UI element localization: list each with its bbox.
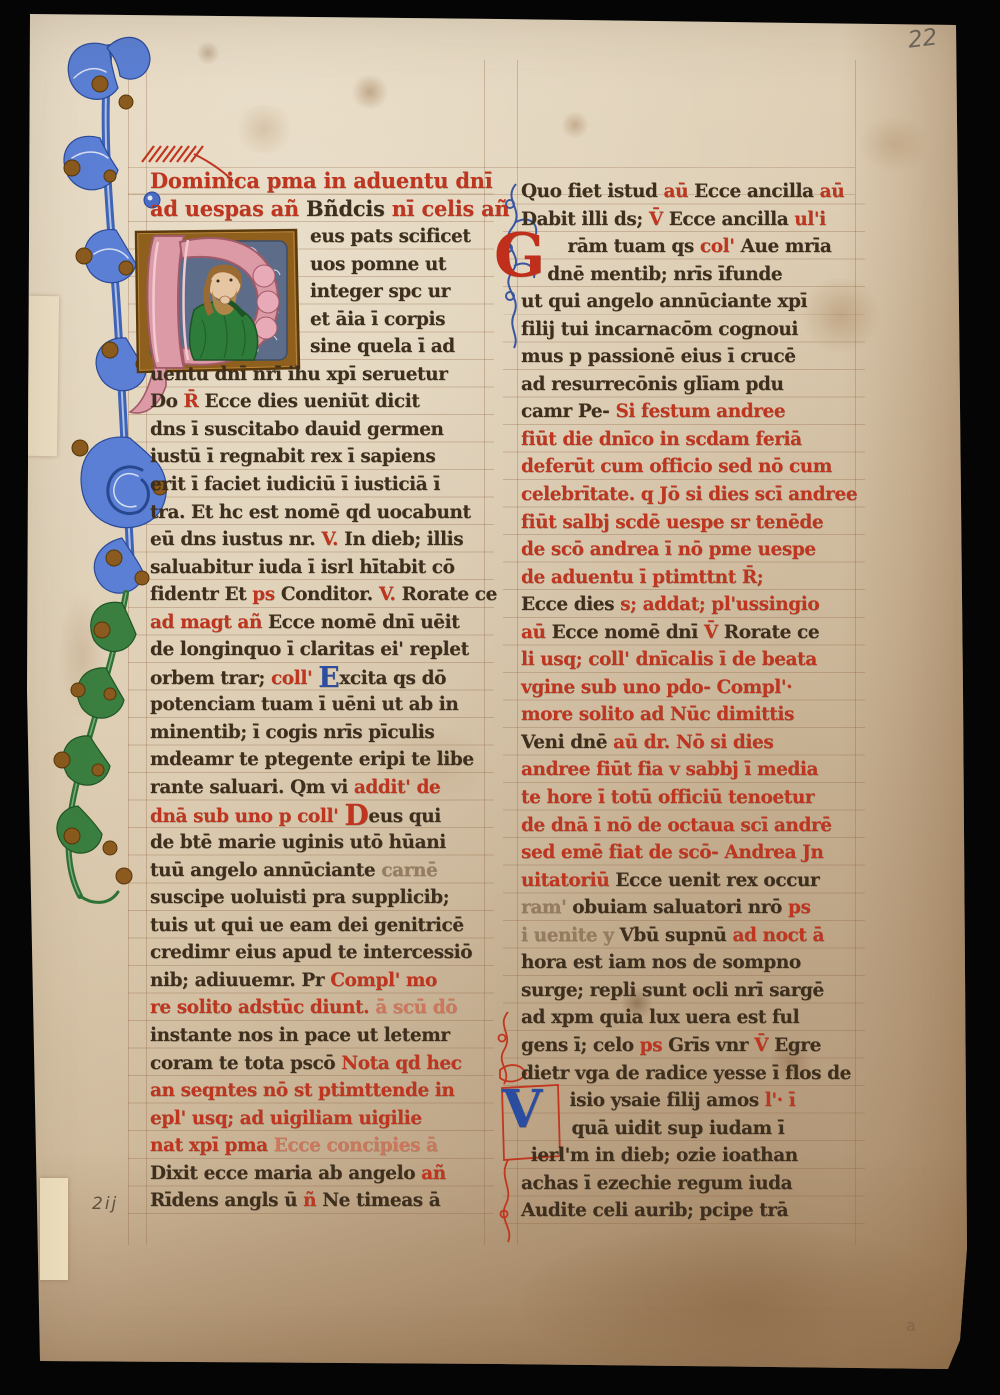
rubric-text: V̄ (649, 208, 669, 230)
rubric-text: li usq; coll' dnīcalis ī de beata (521, 648, 817, 670)
manuscript-text-line: ram' obuiam saluatori nrō ps (521, 894, 859, 922)
body-text: Ecce dies ueniūt dicit (205, 390, 420, 412)
body-text: filij tui incarnacōm cognoui (521, 318, 798, 340)
body-text: Rorate ce (402, 583, 497, 605)
manuscript-text-line: orbem trar; coll' Excita qs dō (150, 664, 488, 692)
body-text: Ecce nomē dnī uēit (268, 611, 459, 633)
manuscript-text-line: Dabit illi ds; V̄ Ecce ancilla ul'i (521, 206, 859, 234)
text-column-left: Dominica pma in aduentu dnīad uespas añ … (150, 168, 498, 1215)
stain (520, 1225, 960, 1380)
body-text: Ecce dies (521, 593, 620, 615)
manuscript-text-line: Veni dnē aū dr. Nō si dies (521, 729, 859, 757)
rubric-text: ad magt añ (150, 611, 268, 633)
manuscript-text-line: uos pomne ut (150, 251, 488, 279)
rubric-text: R̄ (184, 390, 205, 412)
manuscript-text-line: eus pats scificet (150, 223, 488, 251)
body-text: ierl'm in dieb; ozie ioathan (531, 1144, 798, 1166)
body-text: fidentr Et (150, 583, 252, 605)
manuscript-text-line: deferūt cum officio sed nō cum (521, 453, 859, 481)
body-text: iustū ī regnabit rex ī sapiens (150, 445, 435, 467)
manuscript-text-line: an seqntes nō st ptimttende in (150, 1077, 488, 1105)
manuscript-text-line: achas ī ezechie regum iuda (521, 1170, 859, 1198)
manuscript-text-line: celebrītate. q Jō si dies scī andree (521, 481, 859, 509)
manuscript-text-line: tuis ut qui ue eam dei genitricē (150, 912, 488, 940)
versal-initial: D (344, 798, 368, 832)
rubric-text: V. (379, 583, 402, 605)
rubric-text: ps (252, 583, 281, 605)
ruling-line-vertical (146, 60, 147, 1245)
stain (350, 75, 390, 109)
rubric-text: Nota qd hec (341, 1052, 461, 1074)
rubric-text: an seqntes nō st ptimttende in (150, 1079, 454, 1101)
manuscript-text-line: coram te tota pscō Nota qd hec (150, 1050, 488, 1078)
rubric-text: aū (820, 180, 845, 202)
manuscript-text-line: Rīdens angls ū ñ Ne timeas ā (150, 1187, 488, 1215)
rubric-text: addit' de (354, 776, 440, 798)
body-text: Audite celi aurib; pcipe trā (521, 1199, 788, 1221)
manuscript-text-line: credimr eius apud te intercessiō (150, 939, 488, 967)
manuscript-text-line: sine quela ī ad (150, 333, 488, 361)
body-text: dietr vga de radice yesse ī flos de (521, 1062, 851, 1084)
rubric-text: V. (321, 528, 344, 550)
manuscript-text-line: suscipe uoluisti pra supplicib; (150, 884, 488, 912)
body-text: xcita qs dō (339, 667, 446, 689)
manuscript-text-line: integer spc ur (150, 278, 488, 306)
manuscript-text-line: te hore ī totū officiū tenoetur (521, 784, 859, 812)
rubric-text: fiūt die dnīco in scdam feriā (521, 428, 802, 450)
rubric-text: añ (421, 1162, 446, 1184)
body-text: tuis ut qui ue eam dei genitricē (150, 914, 464, 936)
body-text: hora est iam nos de sompno (521, 951, 801, 973)
body-text: camr Pe- (521, 400, 615, 422)
manuscript-text-line: instante nos in pace ut letemr (150, 1022, 488, 1050)
manuscript-text-line: de btē marie uginis utō hūani (150, 829, 488, 857)
body-text: eū dns iustus nr. (150, 528, 321, 550)
body-text: Vbū supnū (619, 924, 732, 946)
manuscript-text-line: hora est iam nos de sompno (521, 949, 859, 977)
manuscript-text-line: surge; repli sunt ocli nrī sargē (521, 977, 859, 1005)
rubric-text: more solito ad Nūc dimittis (521, 703, 794, 725)
manuscript-text-line: dietr vga de radice yesse ī flos de (521, 1060, 859, 1088)
quire-mark: 2ij (92, 1194, 118, 1214)
body-text: surge; repli sunt ocli nrī sargē (521, 979, 824, 1001)
body-text: Aue mrīa (741, 235, 832, 257)
body-text: uos pomne ut (310, 253, 446, 275)
stain (58, 590, 106, 720)
body-text: credimr eius apud te intercessiō (150, 941, 472, 963)
body-text: minentib; ī cogis nrīs pīculis (150, 721, 434, 743)
body-text: gens ī; celo (521, 1034, 640, 1056)
body-text: obuiam saluatori nrō (572, 896, 788, 918)
body-text: instante nos in pace ut letemr (150, 1024, 450, 1046)
manuscript-text-line: ierl'm in dieb; ozie ioathan (521, 1142, 859, 1170)
body-text: Ecce ancilla (669, 208, 795, 230)
rubric-text: epl' usq; ad uigiliam uigilie (150, 1107, 422, 1129)
rubric-text: l'· ī (765, 1089, 796, 1111)
rubric-text: ad uespas añ (150, 197, 306, 222)
body-text: quā uidit sup iudam ī (571, 1117, 784, 1139)
body-text: integer spc ur (310, 280, 450, 302)
rubric-text: andree fiūt fia v sabbj ī media (521, 758, 818, 780)
rubric-text: de scō andrea ī nō pme uespe (521, 538, 816, 560)
body-text: nib; adiuuemr. Pr (150, 969, 330, 991)
body-text: Ecce ancilla (694, 180, 820, 202)
rubric-text: fiūt salbj scdē uespe sr tenēde (521, 511, 823, 533)
manuscript-text-line: aū Ecce nomē dnī V̄ Rorate ce (521, 619, 859, 647)
rubric-text: te hore ī totū officiū tenoetur (521, 786, 814, 808)
rubric-text: vgine sub uno pdo- Compl'· (521, 676, 792, 698)
rubric-text: Compl' mo (330, 969, 437, 991)
body-text: uentu dnī nrī ihu xpī seruetur (150, 363, 448, 385)
rubric-text: aū (521, 621, 552, 643)
manuscript-text-line: dnē mentib; nrīs īfunde (521, 261, 859, 289)
rubric-text: aū dr. Nō si dies (613, 731, 773, 753)
body-text: In dieb; illis (344, 528, 463, 550)
body-text: eus pats scificet (310, 225, 470, 247)
rubric-text: Dominica pma in aduentu dnī (150, 169, 492, 194)
body-text: Dabit illi ds; (521, 208, 649, 230)
manuscript-text-line: sed emē fiat de scō- Andrea Jn (521, 839, 859, 867)
manuscript-text-line: nat xpī pma Ecce concipies ā (150, 1132, 488, 1160)
body-text: Bñdcis (306, 197, 392, 222)
rubric-text: nī celis añ (392, 197, 510, 222)
manuscript-text-line: eū dns iustus nr. V. In dieb; illis (150, 526, 488, 554)
body-text: tra. Et hc est nomē qd uocabunt (150, 501, 471, 523)
corner-pencil-mark: a (906, 1316, 916, 1335)
body-text: suscipe uoluisti pra supplicib; (150, 886, 449, 908)
manuscript-text-line: de aduentu ī ptimttnt R̄; (521, 564, 859, 592)
manuscript-text-line: erit ī faciet iudiciū ī iusticiā ī (150, 471, 488, 499)
manuscript-text-line: more solito ad Nūc dimittis (521, 701, 859, 729)
body-text: Dixit ecce maria ab angelo (150, 1162, 421, 1184)
rubric-text: ps (788, 896, 810, 918)
body-text: dns ī suscitabo dauid germen (150, 418, 444, 440)
manuscript-text-line: dns ī suscitabo dauid germen (150, 416, 488, 444)
manuscript-text-line: Quo fiet istud aū Ecce ancilla aū (521, 178, 859, 206)
manuscript-text-line: ad xpm quia lux uera est ful (521, 1004, 859, 1032)
rubric-text: Ecce concipies ā (274, 1134, 438, 1156)
manuscript-text-line: gens ī; celo ps Grīs vnr V̄ Egre (521, 1032, 859, 1060)
body-text: Rorate ce (724, 621, 819, 643)
manuscript-text-line: epl' usq; ad uigiliam uigilie (150, 1105, 488, 1133)
manuscript-text-line: li usq; coll' dnīcalis ī de beata (521, 646, 859, 674)
manuscript-text-line: minentib; ī cogis nrīs pīculis (150, 719, 488, 747)
rubric-text: ñ (303, 1189, 322, 1211)
body-text: Ecce nomē dnī (552, 621, 704, 643)
manuscript-text-line: Do R̄ Ecce dies ueniūt dicit (150, 388, 488, 416)
manuscript-text-line: rante saluari. Qm vi addit' de (150, 774, 488, 802)
photo-background: G V Dominica pma in aduentu dnīad uespas… (0, 0, 1000, 1395)
rubric-text: ā scū dō (375, 996, 457, 1018)
rubric-text: ul'i (794, 208, 825, 230)
manuscript-text-line: dnā sub uno p coll' Deus qui (150, 802, 488, 830)
ruling-line-vertical (517, 60, 518, 1245)
body-text: Quo fiet istud (521, 180, 664, 202)
manuscript-text-line: filij tui incarnacōm cognoui (521, 316, 859, 344)
rubric-text: V̄ (754, 1034, 774, 1056)
rubric-text: ad noct ā (732, 924, 824, 946)
rubric-text: coll' (271, 667, 318, 689)
body-text: Rīdens angls ū (150, 1189, 303, 1211)
manuscript-text-line: mdeamr te ptegente eripi te libe (150, 746, 488, 774)
manuscript-text-line: de scō andrea ī nō pme uespe (521, 536, 859, 564)
body-text: i uenite y (521, 924, 619, 946)
manuscript-text-line: vgine sub uno pdo- Compl'· (521, 674, 859, 702)
rubric-text: s; addat; pl'ussingio (620, 593, 819, 615)
rubric-text: de dnā ī nō de octaua scī andrē (521, 814, 832, 836)
rubric-text: sed emē fiat de scō- Andrea Jn (521, 841, 823, 863)
body-text: mus p passionē eius ī crucē (521, 345, 796, 367)
manuscript-text-line: andree fiūt fia v sabbj ī media (521, 756, 859, 784)
text-column-right: Quo fiet istud aū Ecce ancilla aūDabit i… (521, 178, 869, 1225)
stain (858, 115, 930, 173)
body-text: ad xpm quia lux uera est ful (521, 1006, 799, 1028)
manuscript-leaf: G V Dominica pma in aduentu dnīad uespas… (0, 0, 1000, 1395)
body-text: ram' (521, 896, 572, 918)
versal-initial: E (318, 660, 339, 694)
rubric-text: uitatoriū (521, 869, 615, 891)
rubric-text: nat xpī pma (150, 1134, 274, 1156)
body-text: mdeamr te ptegente eripi te libe (150, 748, 474, 770)
rubric-text: de aduentu ī ptimttnt R̄; (521, 566, 763, 588)
body-text: saluabitur iuda ī isrl hītabit cō (150, 556, 455, 578)
ruling-line-vertical (128, 60, 129, 1245)
rubric-text: Si festum andree (615, 400, 785, 422)
manuscript-text-line: rām tuam qs col' Aue mrīa (521, 233, 859, 261)
manuscript-text-line: re solito adstūc diunt. ā scū dō (150, 994, 488, 1022)
manuscript-text-line: ad uespas añ Bñdcis nī celis añ (150, 196, 488, 224)
rubric-text: V̄ (704, 621, 724, 643)
manuscript-text-line: uentu dnī nrī ihu xpī seruetur (150, 361, 488, 389)
manuscript-text-line: tuū angelo annūciante carnē (150, 857, 488, 885)
stain (195, 42, 221, 64)
body-text: ad resurrecōnis glīam pdu (521, 373, 784, 395)
manuscript-text-line: quā uidit sup iudam ī (521, 1115, 859, 1143)
body-text: carnē (381, 859, 437, 881)
body-text: rām tuam qs (568, 235, 700, 257)
body-text: dnē mentib; nrīs īfunde (547, 263, 782, 285)
body-text: orbem trar; (150, 667, 271, 689)
rubric-text: celebrītate. q Jō si dies scī andree (521, 483, 857, 505)
manuscript-text-line: Audite celi aurib; pcipe trā (521, 1197, 859, 1225)
repair-patch (27, 296, 59, 456)
rubric-text: aū (664, 180, 695, 202)
manuscript-text-line: Dixit ecce maria ab angelo añ (150, 1160, 488, 1188)
manuscript-text-line: mus p passionē eius ī crucē (521, 343, 859, 371)
body-text: de btē marie uginis utō hūani (150, 831, 446, 853)
body-text: Veni dnē (521, 731, 613, 753)
manuscript-text-line: uitatoriū Ecce uenit rex occur (521, 867, 859, 895)
body-text: Ne timeas ā (322, 1189, 440, 1211)
manuscript-text-line: camr Pe- Si festum andree (521, 398, 859, 426)
body-text: erit ī faciet iudiciū ī iusticiā ī (150, 473, 440, 495)
body-text: eus qui (368, 805, 440, 827)
body-text: Egre (774, 1034, 821, 1056)
manuscript-text-line: fiūt die dnīco in scdam feriā (521, 426, 859, 454)
body-text: sine quela ī ad (310, 335, 455, 357)
manuscript-text-line: et āia ī corpis (150, 306, 488, 334)
manuscript-text-line: ad resurrecōnis glīam pdu (521, 371, 859, 399)
repair-patch (40, 1178, 68, 1280)
manuscript-text-line: i uenite y Vbū supnū ad noct ā (521, 922, 859, 950)
manuscript-text-line: fiūt salbj scdē uespe sr tenēde (521, 509, 859, 537)
rubric-text: ps (640, 1034, 669, 1056)
rubric-text: col' (700, 235, 741, 257)
manuscript-text-line: tra. Et hc est nomē qd uocabunt (150, 499, 488, 527)
manuscript-text-line: Dominica pma in aduentu dnī (150, 168, 488, 196)
body-text: rante saluari. Qm vi (150, 776, 354, 798)
manuscript-text-line: isio ysaie filij amos l'· ī (521, 1087, 859, 1115)
stain (560, 112, 590, 138)
body-text: Do (150, 390, 184, 412)
body-text: Grīs vnr (668, 1034, 754, 1056)
rubric-text: re solito adstūc diunt. (150, 996, 375, 1018)
manuscript-text-line: potenciam tuam ī uēni ut ab in (150, 691, 488, 719)
stain (232, 105, 296, 153)
body-text: Ecce uenit rex occur (615, 869, 819, 891)
manuscript-text-line: ad magt añ Ecce nomē dnī uēit (150, 609, 488, 637)
manuscript-text-line: fidentr Et ps Conditor. V. Rorate ce (150, 581, 488, 609)
body-text: Conditor. (281, 583, 379, 605)
manuscript-text-line: Ecce dies s; addat; pl'ussingio (521, 591, 859, 619)
body-text: achas ī ezechie regum iuda (521, 1172, 792, 1194)
rubric-text: deferūt cum officio sed nō cum (521, 455, 832, 477)
body-text: ut qui angelo annūciante xpī (521, 290, 807, 312)
manuscript-text-line: iustū ī regnabit rex ī sapiens (150, 443, 488, 471)
body-text: potenciam tuam ī uēni ut ab in (150, 693, 458, 715)
body-text: et āia ī corpis (310, 308, 445, 330)
manuscript-text-line: ut qui angelo annūciante xpī (521, 288, 859, 316)
manuscript-text-line: de dnā ī nō de octaua scī andrē (521, 812, 859, 840)
body-text: coram te tota pscō (150, 1052, 341, 1074)
body-text: isio ysaie filij amos (570, 1089, 765, 1111)
manuscript-text-line: saluabitur iuda ī isrl hītabit cō (150, 554, 488, 582)
rubric-text: dnā sub uno p coll' (150, 805, 344, 827)
folio-number-pencil: 22 (907, 24, 939, 53)
manuscript-text-line: nib; adiuuemr. Pr Compl' mo (150, 967, 488, 995)
body-text: tuū angelo annūciante (150, 859, 381, 881)
body-text: de longinquo ī claritas ei' replet (150, 638, 469, 660)
